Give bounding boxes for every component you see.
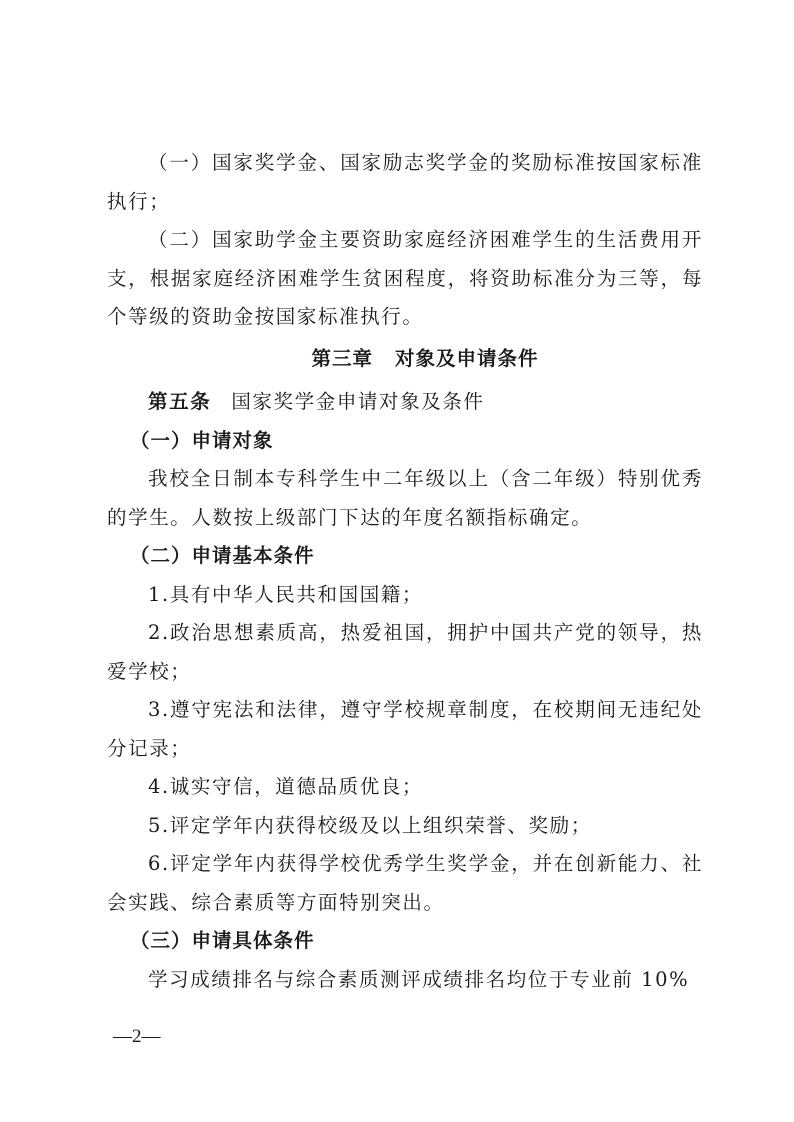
page-number: —2— — [113, 1026, 161, 1048]
condition-item-6: 6.评定学年内获得学校优秀学生奖学金，并在创新能力、社会实践、综合素质等方面特别… — [107, 845, 703, 922]
chapter-number: 第三章 — [311, 347, 373, 370]
condition-item-5: 5.评定学年内获得校级及以上组织荣誉、奖励； — [107, 807, 703, 846]
chapter-heading: 第三章对象及申请条件 — [107, 340, 703, 379]
condition-item-2: 2.政治思想素质高，热爱祖国，拥护中国共产党的领导，热爱学校； — [107, 614, 703, 691]
section-heading-basic-conditions: （二）申请基本条件 — [107, 537, 703, 576]
chapter-title: 对象及申请条件 — [395, 347, 539, 370]
article-title: 国家奖学金申请对象及条件 — [231, 390, 484, 413]
article-heading: 第五条国家奖学金申请对象及条件 — [107, 383, 703, 422]
section-heading-specific-conditions: （三）申请具体条件 — [107, 922, 703, 961]
condition-item-4: 4.诚实守信，道德品质优良； — [107, 768, 703, 807]
paragraph-applicants: 我校全日制本专科学生中二年级以上（含二年级）特别优秀的学生。人数按上级部门下达的… — [107, 460, 703, 537]
condition-item-3: 3.遵守宪法和法律，遵守学校规章制度，在校期间无违纪处分记录； — [107, 691, 703, 768]
condition-item-1: 1.具有中华人民共和国国籍； — [107, 576, 703, 615]
document-page: （一）国家奖学金、国家励志奖学金的奖励标准按国家标准执行； （二）国家助学金主要… — [107, 144, 703, 999]
article-label: 第五条 — [148, 390, 211, 413]
section-heading-applicants: （一）申请对象 — [107, 422, 703, 461]
paragraph-grant-standard: （二）国家助学金主要资助家庭经济困难学生的生活费用开支，根据家庭经济困难学生贫困… — [107, 221, 703, 337]
paragraph-award-standard: （一）国家奖学金、国家励志奖学金的奖励标准按国家标准执行； — [107, 144, 703, 221]
paragraph-specific-conditions: 学习成绩排名与综合素质测评成绩排名均位于专业前 10% — [107, 961, 703, 1000]
